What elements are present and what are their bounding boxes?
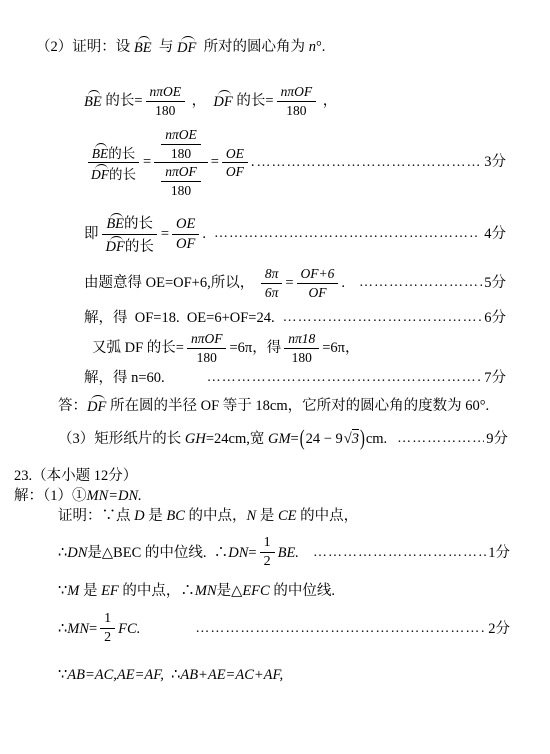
dot-leader: ………………………………………………………………: [257, 154, 483, 172]
score-mark-2: 2分: [488, 620, 510, 638]
equals-sign: =: [211, 153, 219, 171]
equal-segments-line: ∵AB=AC,AE=AF, ∴AB+AE=AC+AF,: [58, 666, 283, 684]
score-mark-1: 1分: [488, 544, 510, 562]
question-23-header: 23.（本小题 12分）: [14, 467, 137, 485]
arc-DF: DF: [213, 90, 232, 111]
fraction-OE-OF: OEOF: [222, 146, 248, 180]
score-mark-3: 3分: [484, 153, 506, 171]
arc-DF: DF: [91, 164, 109, 183]
score-mark-9: 9分: [486, 430, 508, 448]
midline-DN-line: ∴DN是△BEC 的中位线. ∴DN= 12 BE. ……………………………………: [58, 535, 510, 570]
var-GM: GM: [268, 430, 291, 448]
fraction-npiOF-180: nπOF180: [277, 84, 317, 118]
radicand: 3: [352, 429, 359, 448]
dot-leader: ………………………………………………………………: [214, 225, 477, 243]
proof-intro-line: （2）证明：设 BE 与 DF 所对的圆心角为 n°.: [36, 36, 325, 57]
arc-DF: DF: [177, 36, 196, 57]
score-mark-7: 7分: [484, 369, 506, 387]
arc-DF: DF: [87, 395, 106, 416]
score-mark-4: 4分: [484, 225, 506, 243]
equals-sign: =: [161, 225, 169, 243]
dot-leader: ………………………………………………………………: [359, 274, 482, 292]
fraction-stacked: nπOE180 nπOF180: [154, 127, 208, 198]
given-condition-line: 由题意得 OE=OF+6,所以， 8π6π = OF+6OF . ……………………: [84, 266, 506, 300]
fraction-1-2: 12: [260, 535, 275, 570]
solve-n-line: 解，得 n=60. ……………………………………………………………… 7分: [84, 369, 506, 387]
arc-BE: BE: [92, 143, 109, 162]
proof-midpoints-line: 证明：∵点 D 是 BC 的中点，N 是 CE 的中点，: [58, 507, 358, 525]
arc-length-formula-line: BE 的长=nπOE180 ， DF 的长=nπOF180 ，: [84, 84, 337, 118]
answer-statement-line: 答：DF 所在圆的半径 OF 等于 18cm，它所对的圆心角的度数为 60°.: [58, 395, 489, 416]
sqrt-icon: √: [344, 430, 352, 448]
part3-answer-line: （3）矩形纸片的长 GH=24cm,宽 GM=(24 − 9√3)cm. …………: [58, 429, 508, 448]
fraction-OE-OF: OEOF: [172, 216, 199, 252]
right-paren: ): [360, 425, 365, 452]
left-paren: (: [300, 425, 305, 452]
arc-BE: BE: [84, 90, 102, 111]
arc-DF: DF: [106, 236, 125, 256]
fraction-1-2: 12: [100, 611, 115, 646]
dot-leader: ………………………………………………………………: [283, 309, 483, 327]
proof-intro-text: （2）证明：设: [36, 38, 134, 56]
fraction-npiOF-180: nπOF180: [187, 331, 227, 365]
dot-leader: ………………………………………………………………: [397, 430, 484, 448]
var-n: n: [309, 38, 316, 56]
fraction-arc-ratio: BE的长 DF的长: [87, 143, 140, 183]
dot-leader: ………………………………………………………………: [195, 620, 486, 638]
fraction-npiOE-180: nπOE180: [146, 84, 186, 118]
dot-leader: ………………………………………………………………: [207, 369, 483, 387]
answer-sheet-page: （2）证明：设 BE 与 DF 所对的圆心角为 n°. BE 的长=nπOE18…: [0, 0, 550, 754]
score-mark-5: 5分: [484, 274, 506, 292]
var-GH: GH: [185, 430, 206, 448]
fraction-OF6-OF: OF+6OF: [297, 266, 339, 300]
simplified-ratio-line: 即 BE的长 DF的长 = OEOF . ……………………………………………………: [84, 213, 506, 255]
arc-DF-length-line: 又弧 DF 的长= nπOF180 =6π，得 nπ18180 =6π，: [92, 331, 360, 365]
MN-half-FC-line: ∴MN= 12 FC. ……………………………………………………………… 2分: [58, 611, 510, 646]
equals-sign: =: [285, 274, 293, 292]
fraction-npi18-180: nπ18180: [284, 331, 319, 365]
equals-sign: =: [143, 153, 151, 171]
fraction-8pi-6pi: 8π6π: [261, 266, 283, 300]
statement-MN-DN: MN=DN.: [87, 487, 142, 505]
fraction-arc-ratio: BE的长 DF的长: [102, 213, 158, 255]
solution-start-line: 解：（1）①MN=DN.: [14, 487, 142, 505]
midline-MN-statement-line: ∵M 是 EF 的中点，∴MN是△EFC 的中位线.: [58, 582, 335, 600]
ratio-derivation-line: BE的长 DF的长 = nπOE180 nπOF180 = OEOF . …………: [84, 127, 506, 198]
arc-BE: BE: [134, 36, 152, 57]
solve-OF-line: 解，得 OF=18. OE=6+OF=24. ………………………………………………: [84, 309, 506, 327]
dot-leader: ………………………………………………………………: [313, 544, 486, 562]
score-mark-6: 6分: [484, 309, 506, 327]
arc-BE: BE: [106, 213, 124, 233]
